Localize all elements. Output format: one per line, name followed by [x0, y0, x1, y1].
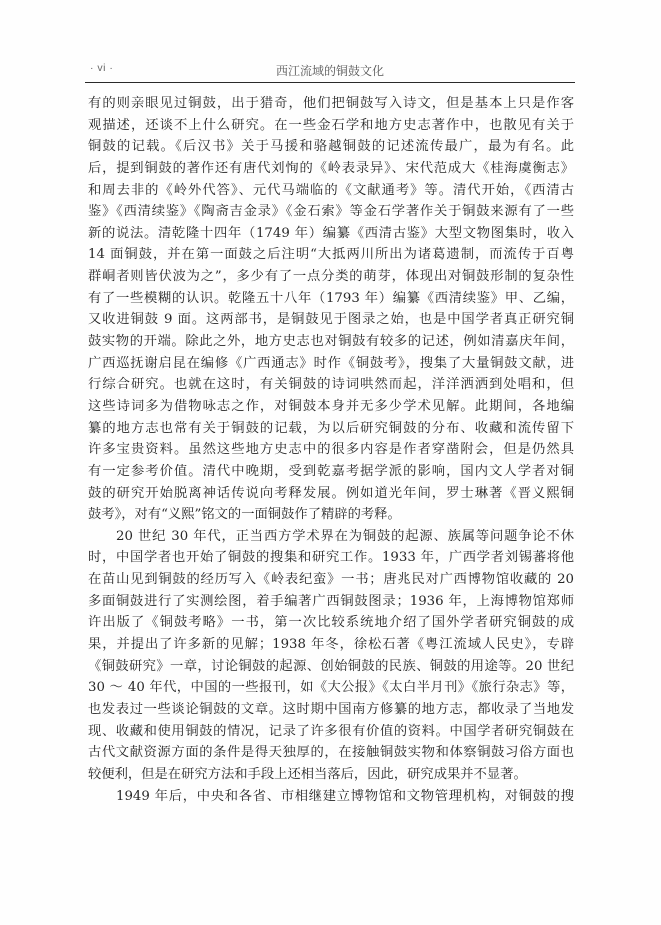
text-line: 在苗山见到铜鼓的经历写入《岭表纪蛮》一书；唐兆民对广西博物馆收藏的 20 [88, 569, 574, 591]
text-line: 纂的地方志也常有关于铜鼓的记载，为以后研究铜鼓的分布、收藏和流传留下 [88, 418, 574, 440]
text-line: 鼓的研究开始脱离神话传说向考释发展。例如道光年间，罗士琳著《晋义熙铜 [88, 483, 574, 505]
text-line: 有了一些模糊的认识。乾隆五十八年（1793 年）编纂《西清续鉴》甲、乙编， [88, 288, 574, 310]
text-line: 许多宝贵资料。虽然这些地方史志中的很多内容是作者穿凿附会，但是仍然具 [88, 439, 574, 461]
text-line: 又收进铜鼓 9 面。这两部书，是铜鼓见于图录之始，也是中国学者真正研究铜 [88, 309, 574, 331]
text-line: 这些诗词多为借物咏志之作，对铜鼓本身并无多少学术见解。此期间，各地编 [88, 396, 574, 418]
paragraph-1930s: 20 世纪 30 年代，正当西方学术界在为铜鼓的起源、族属等问题争论不休 时，中… [88, 526, 574, 786]
running-title: 西江流域的铜鼓文化 [85, 63, 575, 79]
body-text: 有的则亲眼见过铜鼓，出于猎奇，他们把铜鼓写入诗文，但是基本上只是作客 观描述，还… [88, 93, 574, 807]
text-line: 现、收藏和使用铜鼓的情况，记录了许多很有价值的资料。中国学者研究铜鼓在 [88, 721, 574, 743]
text-line: 行综合研究。也就在这时，有关铜鼓的诗词哄然而起，洋洋洒洒到处唱和，但 [88, 374, 574, 396]
text-line: 较便利，但是在研究方法和手段上还相当落后，因此，研究成果并不显著。 [88, 764, 574, 786]
header-rule [85, 82, 575, 83]
text-line: 古代文献资源方面的条件是得天独厚的，在接触铜鼓实物和体察铜鼓习俗方面也 [88, 742, 574, 764]
text-line: 14 面铜鼓，并在第一面鼓之后注明“大抵两川所出为诸葛遗制，而流传于百粤 [88, 244, 574, 266]
text-line: 30 ～ 40 年代，中国的一些报刊，如《大公报》《太白半月刊》《旅行杂志》等， [88, 677, 574, 699]
text-line: 鼓考》，对有“义熙”铭文的一面铜鼓作了精辟的考释。 [88, 504, 574, 526]
text-line: 观描述，还谈不上什么研究。在一些金石学和地方史志著作中，也散见有关于 [88, 115, 574, 137]
text-line: 1949 年后，中央和各省、市相继建立博物馆和文物管理机构，对铜鼓的搜 [88, 786, 574, 808]
text-line: 和周去非的《岭外代答》、元代马端临的《文献通考》等。清代开始，《西清古 [88, 180, 574, 202]
paragraph-1949: 1949 年后，中央和各省、市相继建立博物馆和文物管理机构，对铜鼓的搜 [88, 786, 574, 808]
text-line: 广西巡抚谢启昆在编修《广西通志》时作《铜鼓考》，搜集了大量铜鼓文献，进 [88, 353, 574, 375]
text-line: 多面铜鼓进行了实测绘图，着手编著广西铜鼓图录；1936 年，上海博物馆郑师 [88, 591, 574, 613]
text-line: 铜鼓的记载。《后汉书》关于马援和骆越铜鼓的记述流传最广，最为有名。此 [88, 136, 574, 158]
text-line: 许出版了《铜鼓考略》一书，第一次比较系统地介绍了国外学者研究铜鼓的成 [88, 612, 574, 634]
text-line: 20 世纪 30 年代，正当西方学术界在为铜鼓的起源、族属等问题争论不休 [88, 526, 574, 548]
text-line: 《铜鼓研究》一章，讨论铜鼓的起源、创始铜鼓的民族、铜鼓的用途等。20 世纪 [88, 656, 574, 678]
text-line: 群峒者则皆伏波为之”，多少有了一点分类的萌芽，体现出对铜鼓形制的复杂性 [88, 266, 574, 288]
text-line: 也发表过一些谈论铜鼓的文章。这时期中国南方修纂的地方志，都收录了当地发 [88, 699, 574, 721]
text-line: 新的说法。清乾隆十四年（1749 年）编纂《西清古鉴》大型文物图集时，收入 [88, 223, 574, 245]
text-line: 果，并提出了许多新的见解；1938 年冬，徐松石著《粤江流域人民史》，专辟 [88, 634, 574, 656]
text-line: 鼓实物的开端。除此之外，地方史志也对铜鼓有较多的记述，例如清嘉庆年间， [88, 331, 574, 353]
text-line: 时，中国学者也开始了铜鼓的搜集和研究工作。1933 年，广西学者刘锡蕃将他 [88, 547, 574, 569]
text-line: 有的则亲眼见过铜鼓，出于猎奇，他们把铜鼓写入诗文，但是基本上只是作客 [88, 93, 574, 115]
text-line: 鉴》《西清续鉴》《陶斋吉金录》《金石索》等金石学著作关于铜鼓来源有了一些 [88, 201, 574, 223]
paragraph-continued: 有的则亲眼见过铜鼓，出于猎奇，他们把铜鼓写入诗文，但是基本上只是作客 观描述，还… [88, 93, 574, 526]
text-line: 有一定参考价值。清代中晚期，受到乾嘉考据学派的影响，国内文人学者对铜 [88, 461, 574, 483]
text-line: 后，提到铜鼓的著作还有唐代刘恂的《岭表录异》、宋代范成大《桂海虞衡志》 [88, 158, 574, 180]
